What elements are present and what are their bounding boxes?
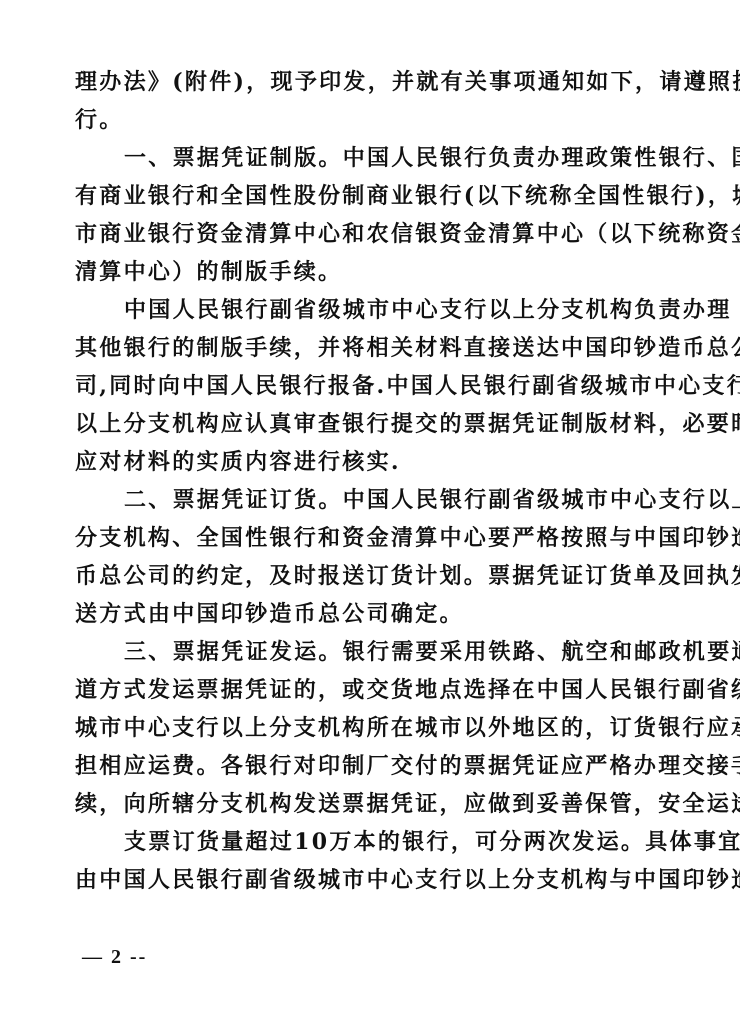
text-line: 道方式发运票据凭证的，或交货地点选择在中国人民银行副省级: [75, 671, 670, 709]
text-line: 币总公司的约定，及时报送订货计划。票据凭证订货单及回执发: [75, 557, 670, 595]
text-line: 担相应运费。各银行对印制厂交付的票据凭证应严格办理交接手: [75, 747, 670, 785]
text-line: 清算中心）的制版手续。: [75, 253, 670, 291]
text-line: 行。: [75, 101, 670, 139]
text-line: 有商业银行和全国性股份制商业银行(以下统称全国性银行)，城: [75, 177, 670, 215]
text-line: 市商业银行资金清算中心和农信银资金清算中心（以下统称资金: [75, 215, 670, 253]
text-line: 续，向所辖分支机构发送票据凭证，应做到妥善保管，安全运送。: [75, 785, 670, 823]
text-line: 分支机构、全国性银行和资金清算中心要严格按照与中国印钞造: [75, 519, 670, 557]
section-heading-line: 一、票据凭证制版。中国人民银行负责办理政策性银行、国: [75, 139, 670, 177]
section-heading-line: 三、票据凭证发运。银行需要采用铁路、航空和邮政机要通: [75, 633, 670, 671]
paragraph-start-line: 中国人民银行副省级城市中心支行以上分支机构负责办理: [75, 291, 670, 329]
paragraph-start-line: 支票订货量超过10万本的银行，可分两次发运。具体事宜: [75, 823, 670, 861]
text-line: 其他银行的制版手续，并将相关材料直接送达中国印钞造币总公: [75, 329, 670, 367]
text-line: 应对材料的实质内容进行核实.: [75, 443, 670, 481]
text-line: 送方式由中国印钞造币总公司确定。: [75, 595, 670, 633]
text-line: 司,同时向中国人民银行报备.中国人民银行副省级城市中心支行: [75, 367, 670, 405]
document-page: 理办法》(附件)，现予印发，并就有关事项通知如下，请遵照执 行。 一、票据凭证制…: [0, 0, 740, 1024]
section-heading-line: 二、票据凭证订货。中国人民银行副省级城市中心支行以上: [75, 481, 670, 519]
text-line: 以上分支机构应认真审查银行提交的票据凭证制版材料，必要时: [75, 405, 670, 443]
document-body: 理办法》(附件)，现予印发，并就有关事项通知如下，请遵照执 行。 一、票据凭证制…: [75, 63, 670, 899]
text-line: 城市中心支行以上分支机构所在城市以外地区的，订货银行应承: [75, 709, 670, 747]
page-number: — 2 --: [82, 943, 147, 971]
text-line: 由中国人民银行副省级城市中心支行以上分支机构与中国印钞造: [75, 861, 670, 899]
text-line: 理办法》(附件)，现予印发，并就有关事项通知如下，请遵照执: [75, 63, 670, 101]
